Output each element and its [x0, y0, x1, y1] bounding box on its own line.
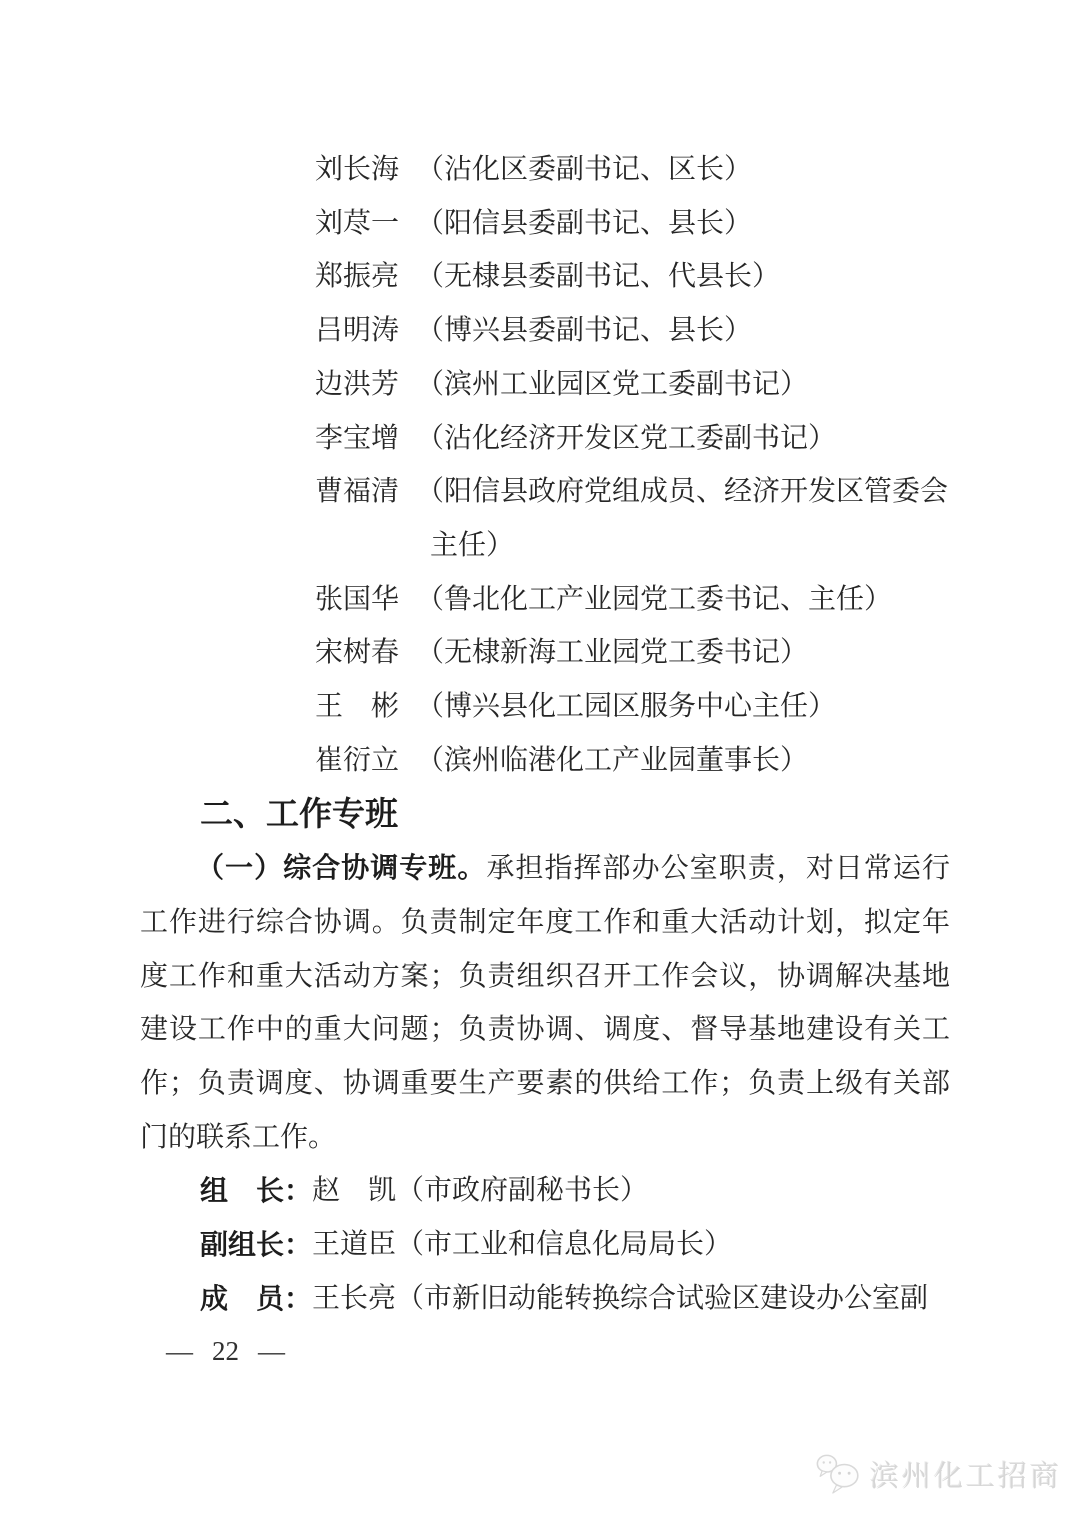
- member-desc-line: （滨州临港化工产业园董事长）: [416, 745, 808, 776]
- member-name: 王 彬: [315, 680, 416, 734]
- member-desc: （沾化经济开发区党工委副书记）: [416, 412, 950, 466]
- member-desc: （阳信县政府党组成员、经济开发区管委会 主任）: [416, 465, 950, 572]
- document-page: 刘长海 （沾化区委副书记、区长） 刘荩一 （阳信县委副书记、县长） 郑振亮 （无…: [0, 0, 1080, 1527]
- member-row: 刘荩一 （阳信县委副书记、县长）: [315, 197, 950, 251]
- role-label: 成 员：: [200, 1272, 312, 1326]
- member-list: 刘长海 （沾化区委副书记、区长） 刘荩一 （阳信县委副书记、县长） 郑振亮 （无…: [140, 143, 950, 787]
- member-desc-continuation: 主任）: [430, 519, 950, 573]
- member-desc-line: （鲁北化工产业园党工委书记、主任）: [416, 584, 892, 615]
- member-name: 崔衍立: [315, 734, 416, 788]
- watermark-text: 滨州化工招商: [870, 1454, 1062, 1495]
- member-row: 李宝增 （沾化经济开发区党工委副书记）: [315, 412, 950, 466]
- role-list: 组 长： 赵 凯（市政府副秘书长） 副组长： 王道臣（市工业和信息化局局长） 成…: [140, 1164, 950, 1325]
- watermark: 滨州化工招商: [815, 1452, 1062, 1496]
- role-text: 赵 凯（市政府副秘书长）: [312, 1164, 648, 1218]
- member-desc-line: （沾化经济开发区党工委副书记）: [416, 423, 836, 454]
- wechat-icon: [815, 1452, 861, 1496]
- member-row: 张国华 （鲁北化工产业园党工委书记、主任）: [315, 573, 950, 627]
- member-name: 张国华: [315, 573, 416, 627]
- role-row: 成 员： 王长亮（市新旧动能转换综合试验区建设办公室副: [140, 1272, 950, 1326]
- member-desc: （滨州临港化工产业园董事长）: [416, 734, 950, 788]
- member-name: 曹福清: [315, 465, 416, 572]
- member-desc: （滨州工业园区党工委副书记）: [416, 358, 950, 412]
- member-desc: （无棣新海工业园党工委书记）: [416, 626, 950, 680]
- member-desc-line: （无棣新海工业园党工委书记）: [416, 637, 808, 668]
- role-row: 组 长： 赵 凯（市政府副秘书长）: [140, 1164, 950, 1218]
- member-desc-line: （阳信县委副书记、县长）: [416, 208, 752, 239]
- member-desc: （无棣县委副书记、代县长）: [416, 250, 950, 304]
- member-desc-line: （博兴县委副书记、县长）: [416, 315, 752, 346]
- footer-dash-right: —: [258, 1336, 285, 1367]
- member-row: 刘长海 （沾化区委副书记、区长）: [315, 143, 950, 197]
- member-name: 宋树春: [315, 626, 416, 680]
- member-desc: （沾化区委副书记、区长）: [416, 143, 950, 197]
- member-name: 边洪芳: [315, 358, 416, 412]
- member-row: 吕明涛 （博兴县委副书记、县长）: [315, 304, 950, 358]
- role-row: 副组长： 王道臣（市工业和信息化局局长）: [140, 1218, 950, 1272]
- role-label: 副组长：: [200, 1218, 312, 1272]
- document-content: 刘长海 （沾化区委副书记、区长） 刘荩一 （阳信县委副书记、县长） 郑振亮 （无…: [0, 0, 1080, 1325]
- member-desc-line: （滨州工业园区党工委副书记）: [416, 369, 808, 400]
- member-desc: （阳信县委副书记、县长）: [416, 197, 950, 251]
- member-name: 李宝增: [315, 412, 416, 466]
- member-desc: （博兴县委副书记、县长）: [416, 304, 950, 358]
- paragraph-body: 承担指挥部办公室职责，对日常运行工作进行综合协调。负责制定年度工作和重大活动计划…: [140, 853, 950, 1153]
- member-desc: （博兴县化工园区服务中心主任）: [416, 680, 950, 734]
- member-row: 宋树春 （无棣新海工业园党工委书记）: [315, 626, 950, 680]
- coordination-paragraph: （一）综合协调专班。承担指挥部办公室职责，对日常运行工作进行综合协调。负责制定年…: [140, 841, 950, 1164]
- member-desc-line: （无棣县委副书记、代县长）: [416, 261, 780, 292]
- member-row: 王 彬 （博兴县化工园区服务中心主任）: [315, 680, 950, 734]
- member-name: 郑振亮: [315, 250, 416, 304]
- member-name: 吕明涛: [315, 304, 416, 358]
- paragraph-lead: （一）综合协调专班。: [196, 852, 486, 883]
- footer-dash-left: —: [166, 1336, 193, 1367]
- member-name: 刘荩一: [315, 197, 416, 251]
- member-name: 刘长海: [315, 143, 416, 197]
- member-desc-line: （沾化区委副书记、区长）: [416, 154, 752, 185]
- page-footer: — 22 —: [166, 1336, 285, 1367]
- member-row: 郑振亮 （无棣县委副书记、代县长）: [315, 250, 950, 304]
- member-desc: （鲁北化工产业园党工委书记、主任）: [416, 573, 950, 627]
- member-desc-line: （博兴县化工园区服务中心主任）: [416, 691, 836, 722]
- page-number: 22: [212, 1336, 239, 1367]
- member-desc-line: （阳信县政府党组成员、经济开发区管委会: [416, 476, 948, 507]
- member-row: 曹福清 （阳信县政府党组成员、经济开发区管委会 主任）: [315, 465, 950, 572]
- member-row: 崔衍立 （滨州临港化工产业园董事长）: [315, 734, 950, 788]
- role-label: 组 长：: [200, 1164, 312, 1218]
- section-heading: 二、工作专班: [200, 787, 950, 841]
- member-row: 边洪芳 （滨州工业园区党工委副书记）: [315, 358, 950, 412]
- role-text: 王长亮（市新旧动能转换综合试验区建设办公室副: [312, 1272, 928, 1326]
- role-text: 王道臣（市工业和信息化局局长）: [312, 1218, 732, 1272]
